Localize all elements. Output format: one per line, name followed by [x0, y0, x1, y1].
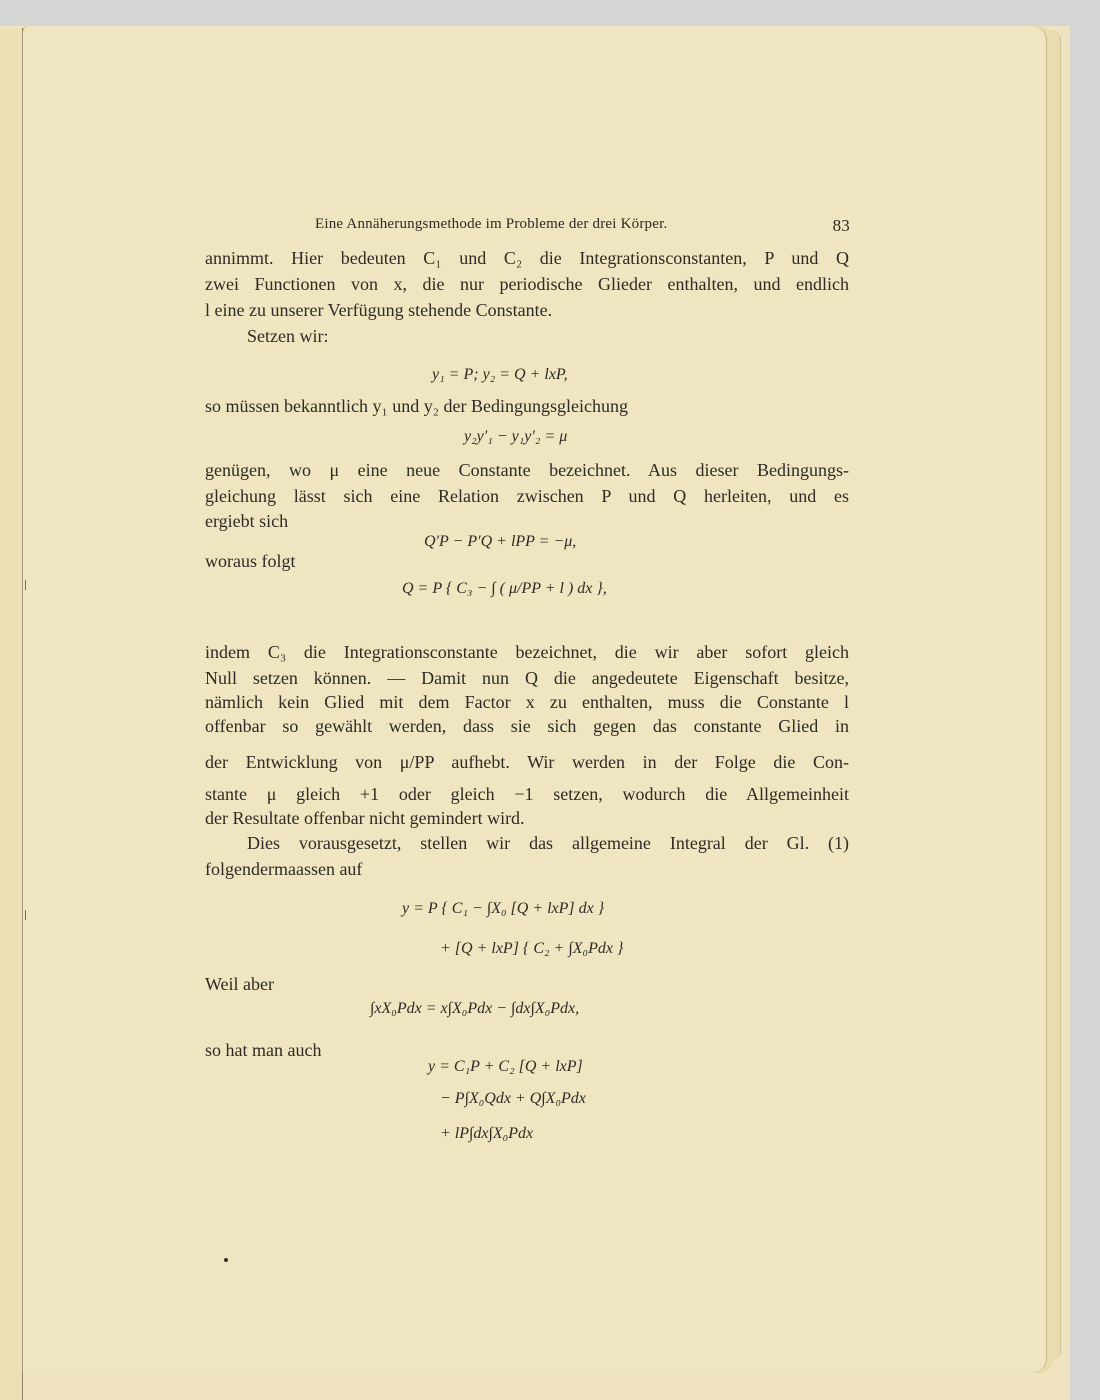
text-line: offenbar so gewählt werden, dass sie sic…: [205, 714, 849, 738]
paper-mark: [25, 910, 26, 920]
text-line: gleichung lässt sich eine Relation zwisc…: [205, 484, 849, 508]
text-line: folgendermaassen auf: [205, 857, 849, 881]
formula-y-result-2: − P∫X₀Qdx + Q∫X₀Pdx: [440, 1090, 586, 1108]
text-line: nämlich kein Glied mit dem Factor x zu e…: [205, 690, 849, 714]
text-line: Dies vorausgesetzt, stellen wir das allg…: [247, 831, 849, 855]
page-number: 83: [833, 216, 850, 236]
formula-condition: y₂y′₁ − y₁y′₂ = μ: [464, 428, 567, 446]
previous-page-edge: [0, 28, 23, 1400]
text-line: Null setzen können. — Damit nun Q die an…: [205, 666, 849, 690]
formula-y-result-3: + lP∫dx∫X₀Pdx: [440, 1125, 533, 1143]
formula-q: Q = P { C₃ − ∫ ( μ/PP + l ) dx },: [402, 580, 607, 598]
formula-partial-integration: ∫xX₀Pdx = x∫X₀Pdx − ∫dx∫X₀Pdx,: [370, 1000, 579, 1018]
text-line: der Entwicklung von μ/PP aufhebt. Wir we…: [205, 750, 849, 774]
text-line: stante μ gleich +1 oder gleich −1 setzen…: [205, 782, 849, 806]
text-line: l eine zu unserer Verfügung stehende Con…: [205, 298, 849, 322]
text-line: genügen, wo μ eine neue Constante bezeic…: [205, 458, 849, 482]
paper-speck: [224, 1258, 228, 1262]
text-line: zwei Functionen von x, die nur periodisc…: [205, 272, 849, 296]
text-line: ergiebt sich: [205, 509, 849, 533]
running-title: Eine Annäherungsmethode im Probleme der …: [315, 216, 667, 233]
text-line: indem C₃ die Integrationsconstante bezei…: [205, 640, 849, 664]
paper-mark: [25, 580, 26, 590]
text-line: annimmt. Hier bedeuten C₁ und C₂ die Int…: [205, 246, 849, 270]
text-line: Setzen wir:: [247, 324, 849, 348]
text-line: der Resultate offenbar nicht gemindert w…: [205, 806, 849, 830]
formula-y1-y2: y₁ = P; y₂ = Q + lxP,: [432, 366, 568, 384]
page-stack-edge: [1050, 30, 1061, 1360]
text-line: so müssen bekanntlich y₁ und y₂ der Bedi…: [205, 394, 849, 418]
text-line: woraus folgt: [205, 549, 849, 573]
text-line: Weil aber: [205, 972, 849, 996]
running-head: Eine Annäherungsmethode im Probleme der …: [205, 216, 850, 238]
formula-y-result-1: y = C₁P + C₂ [Q + lxP]: [428, 1058, 583, 1076]
formula-general-integral-2: + [Q + lxP] { C₂ + ∫X₀Pdx }: [440, 940, 623, 958]
formula-general-integral-1: y = P { C₁ − ∫X₀ [Q + lxP] dx }: [402, 900, 604, 918]
